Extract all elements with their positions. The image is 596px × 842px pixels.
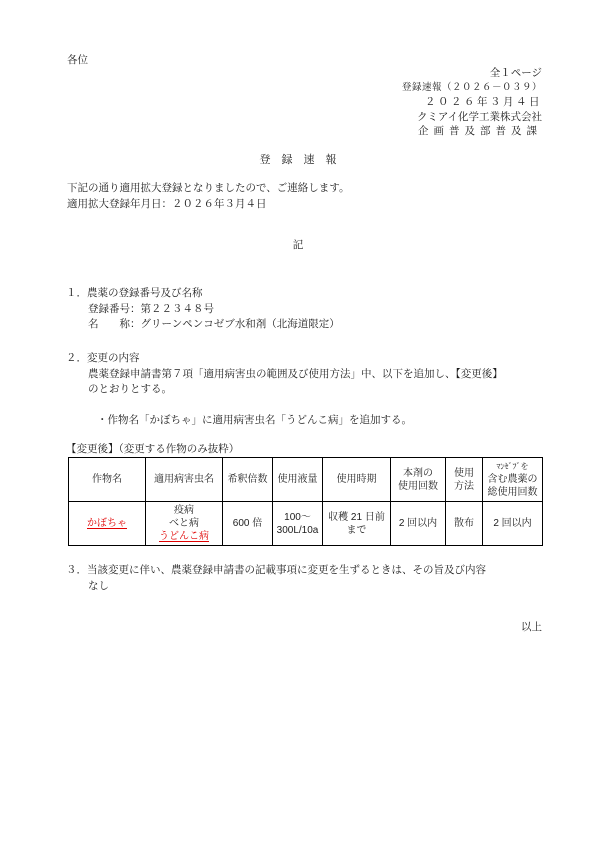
closing-label: 以上 <box>521 620 542 636</box>
col-header-total-uses: ﾏﾝｾﾞﾌﾞを 含む農薬の 総使用回数 <box>483 458 543 502</box>
col-header-dilution: 希釈倍数 <box>223 458 273 502</box>
department-name: 企画普及部普及課 <box>402 124 542 139</box>
cell-timing: 収穫 21 日前 まで <box>323 502 391 546</box>
cell-total-uses: 2 回以内 <box>483 502 543 546</box>
table-header-row: 作物名 適用病害虫名 希釈倍数 使用液量 使用時期 本剤の 使用回数 使用 方法… <box>69 458 543 502</box>
application-table: 作物名 適用病害虫名 希釈倍数 使用液量 使用時期 本剤の 使用回数 使用 方法… <box>68 457 543 546</box>
section-registration: １．農薬の登録番号及び名称 登録番号：第２２３４８号 名 称：グリーンペンコゼブ… <box>66 286 340 333</box>
section2-body-line1: 農薬登録申請書第７項「適用病害虫の範囲及び使用方法」中、以下を追加し、【変更後】 <box>88 367 503 383</box>
cell-pest: 疫病 べと病 うどんこ病 <box>146 502 223 546</box>
table-row: かぼちゃ 疫病 べと病 うどんこ病 600 倍 100～ 300L/10a 収穫… <box>69 502 543 546</box>
col-header-crop: 作物名 <box>69 458 146 502</box>
col-header-timing: 使用時期 <box>323 458 391 502</box>
cell-product-uses: 2 回以内 <box>391 502 446 546</box>
col-header-product-uses: 本剤の 使用回数 <box>391 458 446 502</box>
document-page: 各位 全１ページ 登録速報（２０２６－０３９） ２０２６年３月４日 クミアイ化学… <box>0 0 596 842</box>
section1-heading: １．農薬の登録番号及び名称 <box>66 286 340 302</box>
section2-heading: ２．変更の内容 <box>66 351 503 367</box>
page-count: 全１ページ <box>402 66 542 81</box>
section-changes: ２．変更の内容 農薬登録申請書第７項「適用病害虫の範囲及び使用方法」中、以下を追… <box>66 351 503 428</box>
header-meta: 全１ページ 登録速報（２０２６－０３９） ２０２６年３月４日 クミアイ化学工業株… <box>402 66 542 139</box>
col-header-method: 使用 方法 <box>446 458 483 502</box>
cell-crop: かぼちゃ <box>69 502 146 546</box>
document-title: 登 録 速 報 <box>0 153 596 169</box>
record-marker: 記 <box>0 238 596 254</box>
section3-heading: ３．当該変更に伴い、農薬登録申請書の記載事項に変更を生ずるときは、その旨及び内容 <box>66 563 486 579</box>
section3-body: なし <box>88 579 486 595</box>
section2-body-line2: のとおりとする。 <box>88 382 503 398</box>
product-name: 名 称：グリーンペンコゼブ水和剤（北海道限定） <box>88 317 340 333</box>
intro-line-2: 適用拡大登録年月日：２０２６年３月４日 <box>67 196 349 212</box>
cell-volume: 100～ 300L/10a <box>273 502 323 546</box>
recipient-label: 各位 <box>67 53 88 69</box>
cell-dilution: 600 倍 <box>223 502 273 546</box>
registration-number: 登録番号：第２２３４８号 <box>88 302 340 318</box>
bulletin-number: 登録速報（２０２６－０３９） <box>402 81 542 96</box>
col-header-volume: 使用液量 <box>273 458 323 502</box>
change-bullet: ・作物名「かぼちゃ」に適用病害虫名「うどんこ病」を追加する。 <box>97 413 503 429</box>
company-name: クミアイ化学工業株式会社 <box>402 110 542 125</box>
intro-line-1: 下記の通り適用拡大登録となりましたので、ご連絡します。 <box>67 180 349 196</box>
col-header-pest: 適用病害虫名 <box>146 458 223 502</box>
cell-method: 散布 <box>446 502 483 546</box>
section-other-changes: ３．当該変更に伴い、農薬登録申請書の記載事項に変更を生ずるときは、その旨及び内容… <box>66 563 486 594</box>
issue-date: ２０２６年３月４日 <box>402 95 542 110</box>
intro-paragraph: 下記の通り適用拡大登録となりましたので、ご連絡します。 適用拡大登録年月日：２０… <box>67 180 349 212</box>
table-caption: 【変更後】（変更する作物のみ抜粋） <box>66 442 239 458</box>
